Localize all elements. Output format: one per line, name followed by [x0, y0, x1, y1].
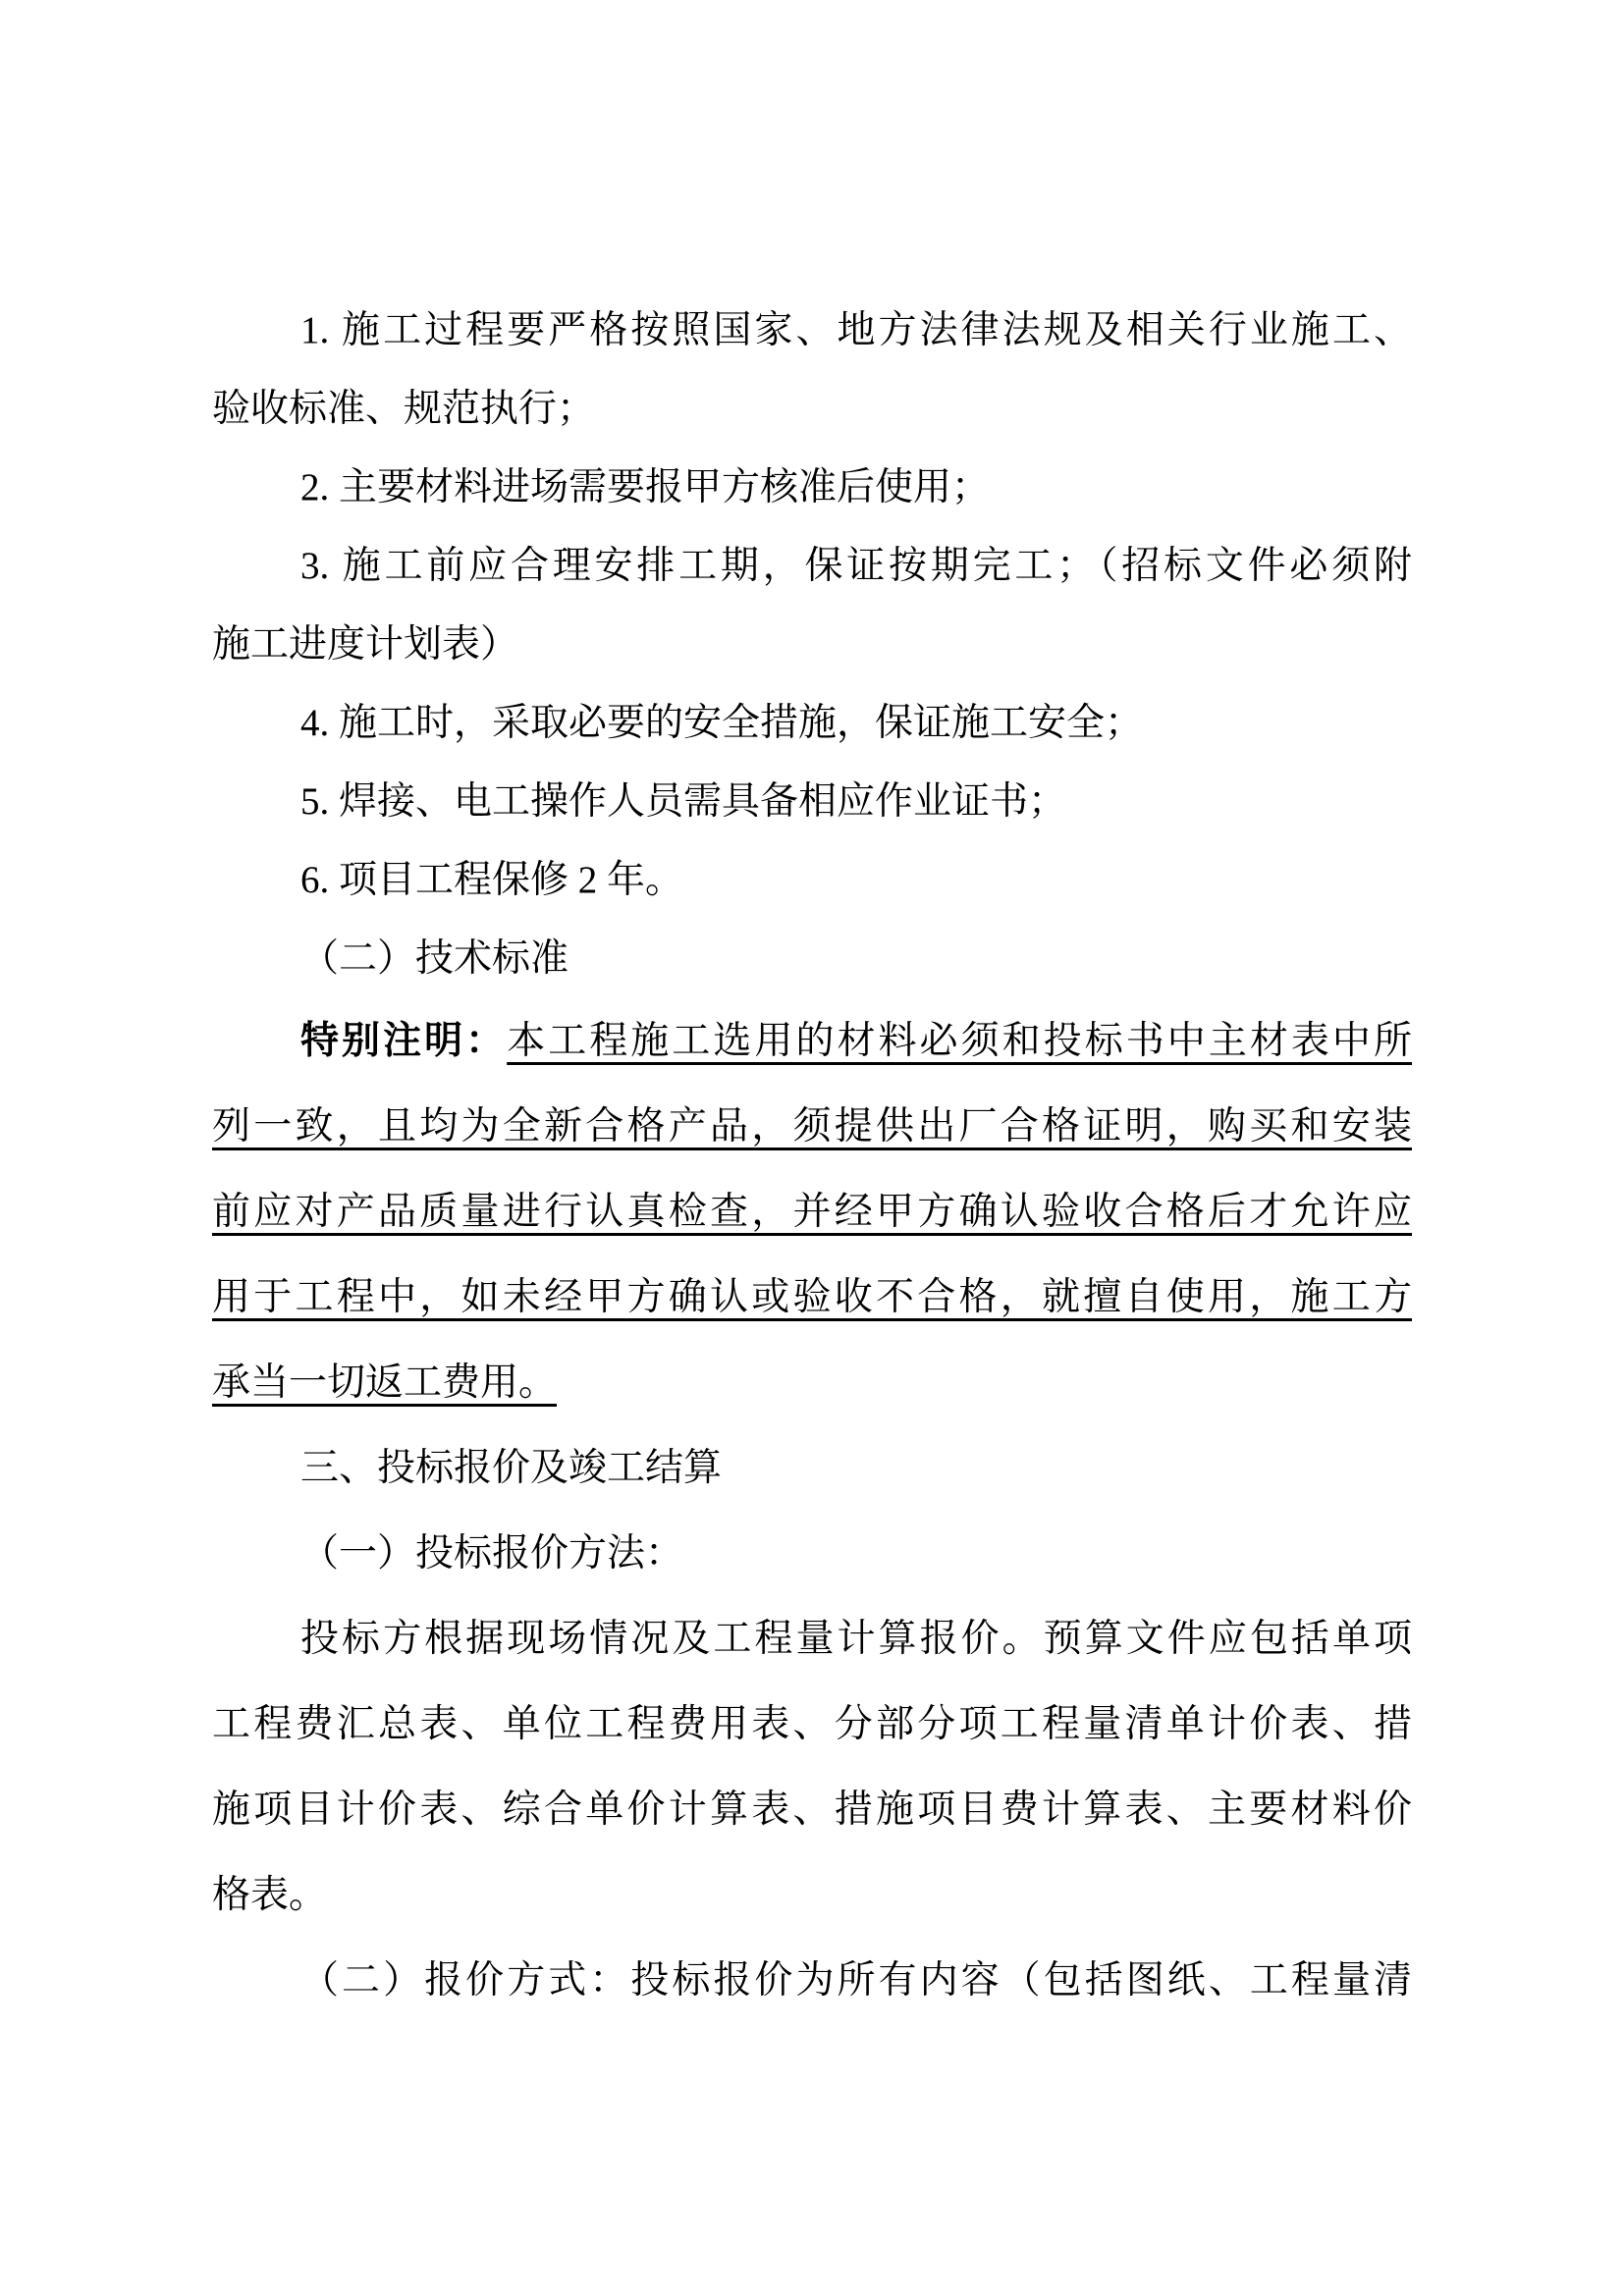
clause-2-line: 2. 主要材料进场需要报甲方核准后使用； — [212, 449, 1412, 527]
clause-3-line-2: 施工进度计划表） — [212, 606, 1412, 684]
clause-1-line-1: 1. 施工过程要严格按照国家、地方法律法规及相关行业施工、 — [212, 292, 1412, 370]
heading-technical-standards: （二）技术标准 — [212, 920, 1412, 998]
quote-mode-line-1: （二）报价方式：投标报价为所有内容（包括图纸、工程量清 — [212, 1938, 1412, 2023]
special-note-label: 特别注明： — [300, 1020, 507, 1062]
heading-bid-price-method: （一）投标报价方法： — [212, 1511, 1412, 1596]
special-note-underlined-text-3: 前应对产品质量进行认真检查，并经甲方确认验收合格后才允许应 — [212, 1191, 1412, 1233]
special-note-underlined-text-2: 列一致，且均为全新合格产品，须提供出厂合格证明，购买和安装 — [212, 1105, 1412, 1148]
heading-bid-price-settlement: 三、投标报价及竣工结算 — [212, 1425, 1412, 1511]
special-note-underlined-text-1: 本工程施工选用的材料必须和投标书中主材表中所 — [507, 1020, 1412, 1062]
clause-3-line-1: 3. 施工前应合理安排工期，保证按期完工；（招标文件必须附 — [212, 527, 1412, 606]
bid-method-line-4: 格表。 — [212, 1852, 1412, 1938]
bid-method-line-1: 投标方根据现场情况及工程量计算报价。预算文件应包括单项 — [212, 1596, 1412, 1682]
special-note-underlined-text-5: 承当一切返工费用。 — [212, 1362, 557, 1404]
clause-4-line: 4. 施工时，采取必要的安全措施，保证施工安全； — [212, 684, 1412, 763]
special-note-underlined-text-4: 用于工程中，如未经甲方确认或验收不合格，就擅自使用，施工方 — [212, 1276, 1412, 1318]
special-note-line-1: 特别注明：本工程施工选用的材料必须和投标书中主材表中所 — [212, 998, 1412, 1084]
document-page: 1. 施工过程要严格按照国家、地方法律法规及相关行业施工、 验收标准、规范执行；… — [0, 0, 1624, 2296]
special-note-line-2: 列一致，且均为全新合格产品，须提供出厂合格证明，购买和安装 — [212, 1084, 1412, 1169]
special-note-line-4: 用于工程中，如未经甲方确认或验收不合格，就擅自使用，施工方 — [212, 1255, 1412, 1340]
clause-1-line-2: 验收标准、规范执行； — [212, 370, 1412, 449]
clause-5-line: 5. 焊接、电工操作人员需具备相应作业证书； — [212, 763, 1412, 841]
clause-6-line: 6. 项目工程保修 2 年。 — [212, 841, 1412, 920]
bid-method-line-3: 施项目计价表、综合单价计算表、措施项目费计算表、主要材料价 — [212, 1767, 1412, 1852]
special-note-line-5: 承当一切返工费用。 — [212, 1340, 1412, 1425]
special-note-line-3: 前应对产品质量进行认真检查，并经甲方确认验收合格后才允许应 — [212, 1169, 1412, 1255]
bid-method-line-2: 工程费汇总表、单位工程费用表、分部分项工程量清单计价表、措 — [212, 1682, 1412, 1767]
